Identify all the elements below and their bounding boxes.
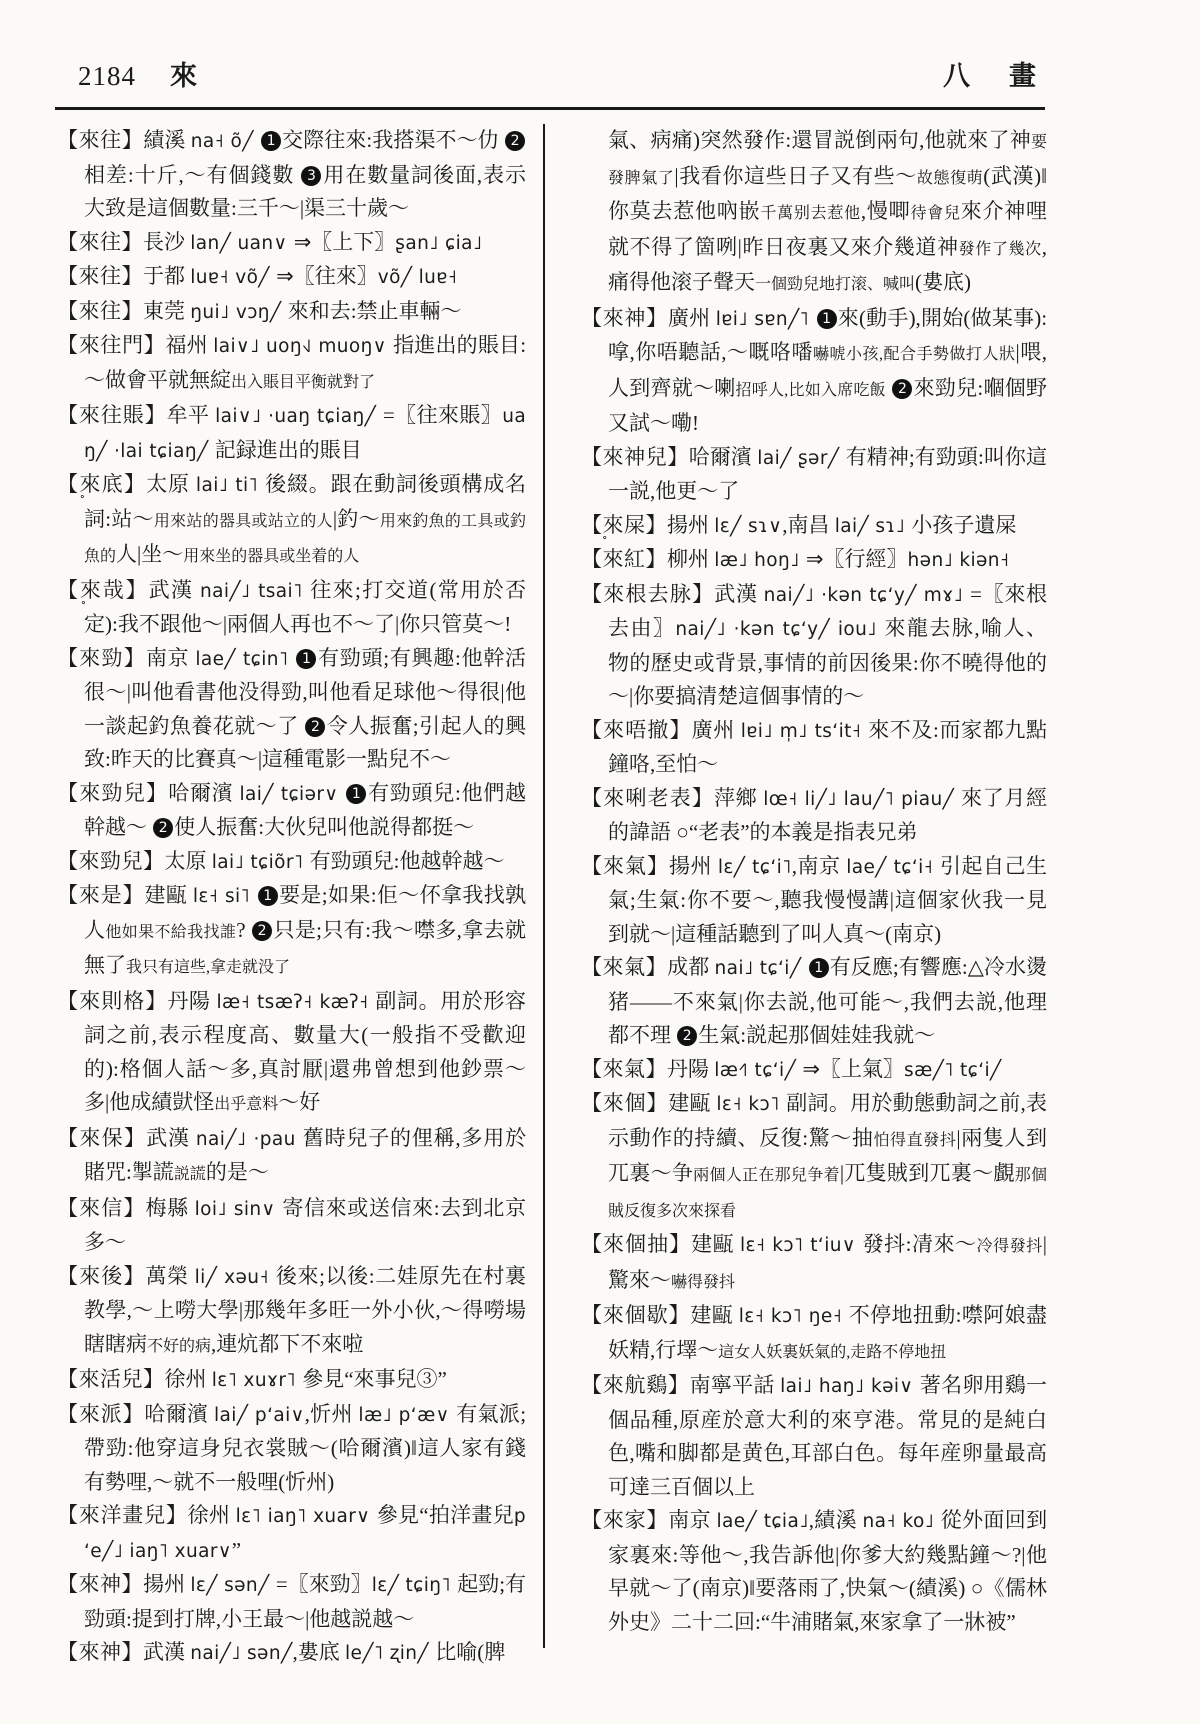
entry-text: ,慢唧 [861,199,911,223]
sense-number: 3 [301,166,321,186]
small-gloss: 嚇得發抖 [671,1274,735,1291]
phonetic: na˧ ko˩ [863,1511,941,1532]
entry-text: ～好 [278,1090,320,1114]
entry-headword: 【來洋畫兒】 [57,1503,188,1527]
entry-text: 〖上氣〗 [820,1057,904,1081]
phonetic: lɛ˧ kɔ˥ ŋe˧ [739,1306,849,1327]
entry-text: 人|坐～ [116,542,183,566]
sense-number: 2 [252,921,272,941]
small-gloss: 故態復萌 [917,170,983,187]
entry-headword: 【來後】 [57,1264,146,1288]
dict-entry: 【來個】建甌 lɛ˧ kɔ˥ 副詞。用於動態動詞之前,表示動作的持續、反復:驚～… [581,1087,1047,1228]
entry-text: ,南昌 [782,513,835,537]
dictionary-page: 2184 來 八 畫 【來往】績溪 na˧ õ╱ 1交際往來:我搭渠不～仂 2相… [0,0,1200,1724]
phonetic: nai╱˩ ·kən tɕʻy╱ iou˩ [675,619,884,640]
entry-text: 武漢 [149,578,200,602]
entry-headword: 【來神】 [57,1640,143,1664]
left-column: 【來往】績溪 na˧ õ╱ 1交際往來:我搭渠不～仂 2相差:十斤,～有個錢數 … [57,124,526,1669]
phonetic: lɛ˥ xuɤr˥ [212,1370,302,1391]
right-column: 氣、病痛)突然發作:還冒説倒兩句,他就來了神要發脾氣了|我看你這些日子又有些～故… [581,124,1047,1669]
cross-ref-arrow-icon: ⇒ [806,547,824,571]
dict-entry: 【來神】揚州 lɛ╱ sən╱ =〖來勁〗lɛ╱ tɕiŋ˥ 起勁;有勁頭:提到… [57,1568,526,1636]
entry-text: 徐州 [188,1503,236,1527]
dict-entry: 【來神】廣州 lɐi˩ sɐn╱˥ 1來(動手),開始(做某事):嗱,你唔聽話,… [581,302,1047,441]
dict-entry: 【來神】武漢 nai╱˩ sən╱,婁底 le╱˥ ʐin╱ 比喻(脾 [57,1636,526,1669]
entry-text: 長沙 [143,230,190,254]
phonetic: le╱˥ ʐin╱ [345,1643,435,1664]
phonetic: lan╱ uan∨ [190,233,293,254]
column-divider [543,124,545,1648]
entry-headword: 【來唎老表】 [581,786,714,810]
dict-entry: 【來氣】丹陽 læ˧˥ tɕʻi╱ ⇒〖上氣〗sæ╱˥ tɕʻi╱ [581,1053,1047,1088]
entry-text: 績溪 [143,128,190,152]
dict-entry: 【來唔撤】廣州 lɐi˩ m̩˩ tsʻit˧ 來不及:而家都九點鐘咯,至怕～ [581,714,1047,782]
entry-text: 使人振奮:大伙兒叫他説得都挺～ [174,815,474,839]
entry-headword: 【來根去脉】 [581,582,714,606]
entry-text: 東莞 [143,299,190,323]
entry-text: 有勁頭兒:他越幹越～ [310,849,505,873]
phonetic: ʂan˩ ɕia˩ [395,233,482,254]
phonetic: lœ˧ li╱˩ lau╱˥ piau╱ [763,789,961,810]
entry-text: 〖往來〗 [294,264,378,288]
entry-text: 建甌 [145,883,193,907]
entry-text: 南京 [146,646,195,670]
entry-text: 的是～ [206,1160,269,1184]
entry-text: 太原 [165,849,212,873]
entry-text: 小孩子遺屎 [911,513,1016,537]
sense-number: 2 [677,1026,697,1046]
phonetic: lɛ˧ si˥ [193,886,257,907]
entry-text: 記録進出的賬目 [215,438,362,462]
phonetic: lai˩ haŋ˩ kəi∨ [780,1376,920,1397]
cross-ref-arrow-icon: ⇒ [802,1057,820,1081]
entry-text: 于都 [143,264,190,288]
phonetic: læ˩ hoŋ˩ [714,550,806,571]
entry-text: ,婁底 [292,1640,345,1664]
headword-ring-char: 底∘ [102,472,124,496]
dict-entry: 【來洋畫兒】徐州 lɛ˥ iaŋ˥ xuar∨ 參見“拍洋畫兒pʻe╱˩ iaŋ… [57,1499,526,1568]
phonetic: nai˩ tɕʻi╱ [715,958,808,979]
dict-entry: 【來神兒】哈爾濱 lai╱ ʂər╱ 有精神;有勁頭:叫你這一説,他更～了 [581,441,1047,509]
dict-entry: 【來往】于都 luɐ˧ võ╱ ⇒〖往來〗võ╱ luɐ˧ [57,260,526,295]
small-gloss: 我只有這些,拿走就没了 [126,959,290,976]
dict-entry: 【來哉∘】武漢 nai╱˩ tsai˥ 往來;打交道(常用於否定):我不跟他～|… [57,574,526,642]
entry-text: 丹陽 [167,989,216,1013]
sense-number: 1 [346,784,366,804]
entry-text: ,績溪 [809,1508,863,1532]
entry-text: (婁底) [915,270,971,294]
entry-text: ,連炕都下不來啦 [211,1332,363,1356]
entry-text: 揚州 [143,1572,190,1596]
small-gloss: 千萬别去惹他 [760,205,861,222]
entry-text: 武漢 [714,582,763,606]
sense-number: 1 [258,886,278,906]
entry-headword: 【來是】 [57,883,145,907]
page-header: 2184 來 八 畫 [78,54,1042,93]
header-rule [55,107,1045,110]
dict-entry: 【來氣】揚州 lɛ╱ tɕʻi˥,南京 lae╱ tɕʻi˧ 引起自己生氣;生氣… [581,850,1047,952]
phonetic: lai∨˩ uoŋ˧˩ muoŋ∨ [213,336,393,357]
entry-text: 建甌 [668,1091,716,1115]
entry-headword: 【來往】 [57,264,143,288]
entry-text: 太原 [146,472,196,496]
phonetic: læ˧˥ tɕʻi╱ [714,1060,802,1081]
small-gloss: 嚇唬小孩,配合手勢做打人狀 [813,346,1016,363]
small-gloss: 待會兒 [910,205,960,222]
phonetic: ŋui˩ vɔŋ╱ [190,302,287,323]
dict-entry: 【來紅】柳州 læ˩ hoŋ˩ ⇒〖行經〗hən˩ kiən˧ [581,543,1047,578]
dict-entry: 【來往】東莞 ŋui˩ vɔŋ╱ 來和去:禁止車輛～ [57,295,526,330]
entry-text: 發抖:凊來～ [863,1232,977,1256]
section-label: 八 畫 [943,54,1042,93]
phonetic: lɛ˧ kɔ˥ tʻiu∨ [740,1235,863,1256]
phonetic: sæ╱˥ tɕʻi╱ [904,1060,1002,1081]
dict-entry-continuation: 氣、病痛)突然發作:還冒説倒兩句,他就來了神要發脾氣了|我看你這些日子又有些～故… [581,124,1047,302]
entry-headword: 【來往】 [57,128,143,152]
phonetic: lɛ╱ sɿ∨ [714,516,782,537]
sense-number: 1 [817,309,837,329]
entry-text: 揚州 [669,854,718,878]
entry-text: 武漢 [143,1640,190,1664]
entry-text: =〖來勁〗 [276,1572,372,1596]
dict-entry: 【來往】長沙 lan╱ uan∨ ⇒〖上下〗ʂan˩ ɕia˩ [57,226,526,261]
entry-headword: 【來信】 [57,1196,146,1220]
entry-headword: 【來氣】 [581,1057,667,1081]
entry-text: 比喻(脾 [435,1640,505,1664]
entry-text: |釣～ [333,507,380,531]
entry-headword: 【來唔撤】 [581,718,692,742]
phonetic: lai╱ tɕiər∨ [239,784,345,805]
entry-headword: 【來屎∘】 [581,513,667,537]
entry-text: 參見“拍洋畫兒 [377,1503,514,1527]
entry-headword: 【來哉∘】 [57,578,149,602]
small-gloss: 出入賬目平衡就對了 [231,374,375,391]
cross-ref-arrow-icon: ⇒ [276,264,294,288]
headword-ring-char: 屎∘ [624,513,646,537]
dict-entry: 【來是】建甌 lɛ˧ si˥ 1要是;如果:佢～伓拿我找孰人他如果不給我找誰? … [57,879,526,985]
phonetic: lɐi˩ m̩˩ tsʻit˧ [741,721,868,742]
dict-entry: 【來航鷄】南寧平話 lai˩ haŋ˩ kəi∨ 著名卵用鷄一個品種,原産於意大… [581,1369,1047,1504]
dict-entry: 【來屎∘】揚州 lɛ╱ sɿ∨,南昌 lai╱ sɿ˩ 小孩子遺屎 [581,509,1047,544]
entry-text: 武漢 [146,1126,196,1150]
phonetic: lai╱ ʂər╱ [757,448,845,469]
phonetic: nai╱˩ sən╱ [190,1643,292,1664]
entry-text: 徐州 [165,1367,212,1391]
phonetic: nai╱˩ ·pau [196,1129,303,1150]
entry-text: 揚州 [667,513,714,537]
page-number: 2184 [78,61,136,92]
phonetic: lɛ╱ tɕiŋ˥ [372,1575,457,1596]
dict-entry: 【來個歇】建甌 lɛ˧ kɔ˥ ŋe˧ 不停地扭動:噤阿娘盡妖精,行墿～這女人妖… [581,1299,1047,1369]
sense-number: 1 [296,649,316,669]
small-gloss: 一個勁兒地打滚、喊叫 [755,276,915,293]
phonetic: luɐ˧ võ╱ [190,267,276,288]
entry-headword: 【來往門】 [57,333,165,357]
phonetic: hən˩ kiən˧ [908,550,1010,571]
dict-entry: 【來派】哈爾濱 lai╱ pʻai∨,忻州 læ˩ pʻæ∨ 有氣派;帶勁:他穿… [57,1398,526,1500]
entry-headword: 【來個抽】 [581,1232,691,1256]
entry-headword: 【來航鷄】 [581,1373,690,1397]
entry-text: 相差:十斤,～有個錢數 [84,163,300,187]
small-gloss: 這女人妖裏妖氣的,走路不停地扭 [718,1344,946,1361]
dict-entry: 【來活兒】徐州 lɛ˥ xuɤr˥ 參見“來事兒③” [57,1363,526,1398]
phonetic: li╱ xəu˧ [195,1267,276,1288]
entry-headword: 【來個歇】 [581,1303,690,1327]
entry-text [886,376,892,400]
entry-text: 南京 [668,1508,716,1532]
phonetic: læ˩ pʻæ∨ [358,1405,456,1426]
headword-ring-char: 哉∘ [103,578,126,602]
entry-text: 〖行經〗 [824,547,908,571]
dict-entry: 【來個抽】建甌 lɛ˧ kɔ˥ tʻiu∨ 發抖:凊來～冷得發抖|驚來～嚇得發抖 [581,1228,1047,1299]
small-gloss: 招呼人,比如入席吃飯 [735,382,885,399]
entry-text: 建甌 [691,1232,740,1256]
small-gloss: 怕得直發抖 [873,1132,956,1149]
entry-text: 哈爾濱 [689,445,758,469]
phonetic: nai╱˩ tsai˥ [200,581,310,602]
sense-number: 2 [505,131,525,151]
entry-headword: 【來勁】 [57,646,146,670]
entry-headword: 【來派】 [57,1402,144,1426]
entry-text: 建甌 [690,1303,738,1327]
entry-text: 交際往來:我搭渠不～仂 [282,128,504,152]
entry-text: ,忻州 [305,1402,359,1426]
entry-text: 廣州 [668,306,716,330]
phonetic: lɛ╱ sən╱ [190,1575,276,1596]
entry-text: 南寧平話 [690,1373,780,1397]
entry-headword: 【來則格】 [57,989,167,1013]
entry-text: 生氣:説起那個娃娃我就～ [698,1023,935,1047]
phonetic: võ╱ luɐ˧ [378,267,458,288]
dict-entry: 【來勁】南京 lae╱ tɕin˥ 1有勁頭;有興趣:他幹活很～|叫他看書他没得… [57,642,526,777]
phonetic: na˧ õ╱ [191,131,260,152]
dict-entry: 【來往門】福州 lai∨˩ uoŋ˧˩ muoŋ∨ 指進出的賬目:～做會平就無綻… [57,329,526,399]
phonetic: lai∨˩ ·uaŋ tɕiaŋ╱ [215,406,383,427]
entry-text: 萍鄉 [714,786,763,810]
phonetic: lɛ˥ iaŋ˥ xuar∨ [236,1506,377,1527]
phonetic: lae╱ tɕia˩ [717,1511,809,1532]
sense-number: 1 [809,958,829,978]
entry-text: 成都 [667,955,714,979]
entry-text: 廣州 [692,718,741,742]
entry-text: =〖往來賬〗 [383,403,502,427]
small-gloss: 發作了幾次 [959,241,1042,258]
entry-headword: 【來勁兒】 [57,781,168,805]
entry-headword: 【來活兒】 [57,1367,165,1391]
small-gloss: 説謊 [174,1166,206,1183]
entry-text: 〖上下〗 [311,230,395,254]
small-gloss: 用來坐的器具或坐着的人 [183,548,359,565]
phonetic: lae╱ tɕin˥ [195,649,295,670]
entry-text: 萬榮 [146,1264,195,1288]
entry-headword: 【來底∘】 [57,472,146,496]
entry-headword: 【來神】 [57,1572,143,1596]
entry-text: 參見“來事兒③” [302,1367,447,1391]
entry-text: 來和去:禁止車輛～ [288,299,462,323]
dict-entry: 【來勁兒】哈爾濱 lai╱ tɕiər∨ 1有勁頭兒:他們越幹越～ 2使人振奮:… [57,777,526,845]
small-gloss: 他如果不給我找誰 [105,924,236,941]
entry-headword: 【來往】 [57,230,143,254]
entry-text: |兀隻賊到兀裏～覰 [840,1161,1015,1185]
small-gloss: 出乎意料 [214,1096,278,1113]
entry-text: ,南京 [792,854,847,878]
entry-text: ? [236,918,251,942]
entry-headword: 【來氣】 [581,955,667,979]
entry-text: ” [232,1538,241,1562]
phonetic: lɐi˩ sɐn╱˥ [716,309,816,330]
sense-number: 2 [892,379,912,399]
dict-entry: 【來根去脉】武漢 nai╱˩ ·kən tɕʻy╱ mɤ˩ =〖來根去由〗nai… [581,578,1047,714]
phonetic: lai╱ pʻai∨ [214,1405,305,1426]
entry-text: 牟平 [167,403,215,427]
small-gloss: 冷得發抖 [977,1238,1043,1255]
entry-headword: 【來保】 [57,1126,146,1150]
dict-entry: 【來往賬】牟平 lai∨˩ ·uaŋ tɕiaŋ╱ =〖往來賬〗uaŋ╱ ·la… [57,399,526,468]
phonetic: loi˩ sin∨ [195,1199,283,1220]
guide-word: 來 [170,54,197,93]
sense-number: 2 [305,717,325,737]
entry-text: 哈爾濱 [144,1402,214,1426]
small-gloss: 用來站的器具或站立的人 [154,513,333,530]
phonetic: lai˩ ti˥ [196,475,265,496]
small-gloss: 不好的病 [147,1338,211,1355]
dictionary-body: 【來往】績溪 na˧ õ╱ 1交際往來:我搭渠不～仂 2相差:十斤,～有個錢數 … [57,124,1047,1669]
sense-number: 1 [261,131,281,151]
dict-entry: 【來往】績溪 na˧ õ╱ 1交際往來:我搭渠不～仂 2相差:十斤,～有個錢數 … [57,124,526,226]
cross-ref-arrow-icon: ⇒ [294,230,312,254]
entry-headword: 【來神兒】 [581,445,689,469]
entry-headword: 【來紅】 [581,547,667,571]
phonetic: lai╱ sɿ˩ [835,516,912,537]
entry-headword: 【來氣】 [581,854,669,878]
phonetic: nai╱˩ ·kən tɕʻy╱ mɤ˩ [764,585,970,606]
entry-headword: 【來往】 [57,299,143,323]
entry-text: 福州 [165,333,213,357]
dict-entry: 【來唎老表】萍鄉 lœ˧ li╱˩ lau╱˥ piau╱ 來了月經的諱語 ○“… [581,782,1047,850]
small-gloss: 兩個人正在那兒争着 [693,1167,840,1184]
dict-entry: 【來勁兒】太原 lai˩ tɕiõr˥ 有勁頭兒:他越幹越～ [57,845,526,880]
phonetic: lai˩ tɕiõr˥ [212,852,310,873]
dict-entry: 【來信】梅縣 loi˩ sin∨ 寄信來或送信來:去到北京多～ [57,1192,526,1260]
entry-headword: 【來個】 [581,1091,668,1115]
entry-text: 柳州 [667,547,714,571]
sense-number: 2 [153,818,173,838]
entry-text: 丹陽 [667,1057,714,1081]
entry-headword: 【來勁兒】 [57,849,165,873]
entry-headword: 【來神】 [581,306,668,330]
entry-text: |我看你這些日子又有些～ [674,164,916,188]
dict-entry: 【來後】萬榮 li╱ xəu˧ 後來;以後:二娃原先在村裏教學,～上嘮大學|那幾… [57,1260,526,1364]
entry-text: 氣、病痛)突然發作:還冒説倒兩句,他就來了神 [608,128,1031,152]
entry-text: 哈爾濱 [168,781,239,805]
header-left: 2184 來 [78,54,197,93]
dict-entry: 【來底∘】太原 lai˩ ti˥ 後綴。跟在動詞後頭構成名詞:站～用來站的器具或… [57,468,526,574]
phonetic: lɛ╱ tɕʻi˥ [718,857,792,878]
phonetic: læ˧ tsæʔ˧ kæʔ˧ [217,992,376,1013]
dict-entry: 【來家】南京 lae╱ tɕia˩,績溪 na˧ ko˩ 從外面回到家裏來:等他… [581,1504,1047,1639]
dict-entry: 【來保】武漢 nai╱˩ ·pau 舊時兒子的俚稱,多用於賭咒:掣謊説謊的是～ [57,1122,526,1192]
entry-headword: 【來家】 [581,1508,668,1532]
dict-entry: 【來氣】成都 nai˩ tɕʻi╱ 1有反應;有響應:△冷水燙猪——不來氣|你去… [581,951,1047,1053]
entry-headword: 【來往賬】 [57,403,167,427]
dict-entry: 【來則格】丹陽 læ˧ tsæʔ˧ kæʔ˧ 副詞。用於形容詞之前,表示程度高、… [57,985,526,1122]
phonetic: lɛ˧ kɔ˥ [716,1094,786,1115]
phonetic: lae╱ tɕʻi˧ [846,857,940,878]
entry-text: 梅縣 [146,1196,195,1220]
